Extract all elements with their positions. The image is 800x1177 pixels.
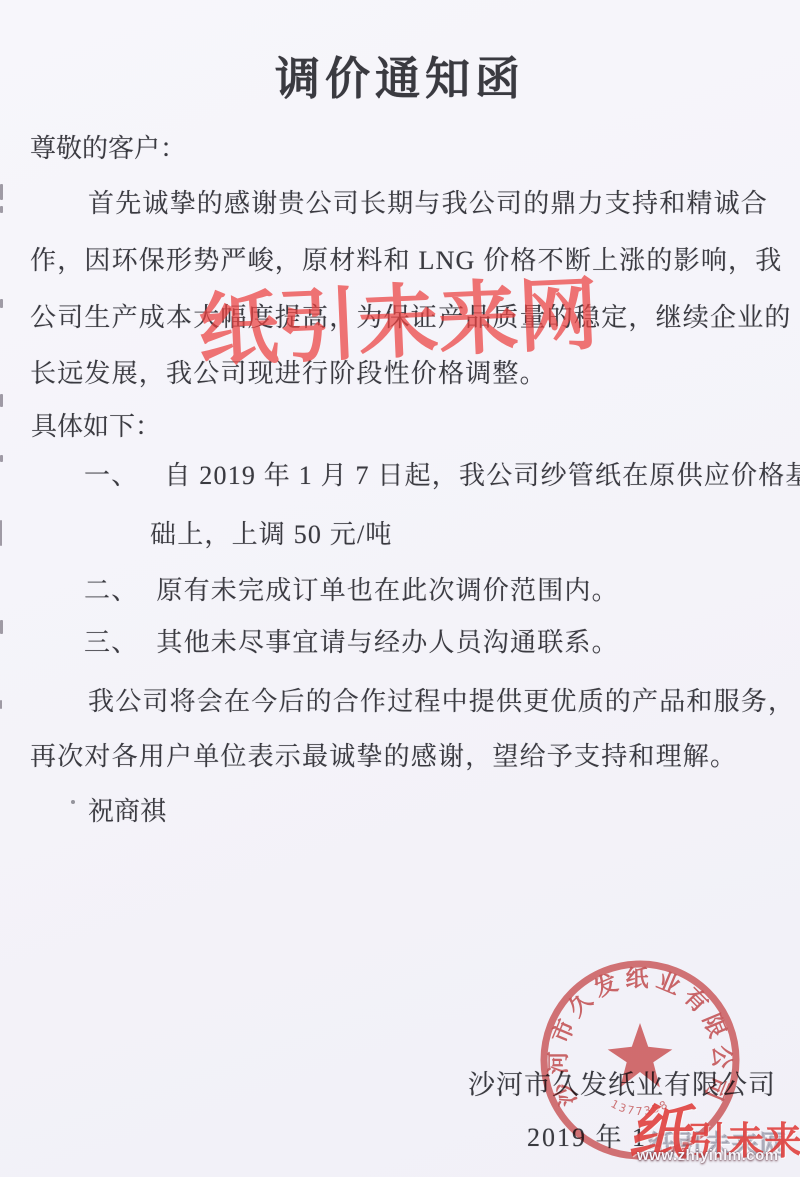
paragraph2-line1: 我公司将会在今后的合作过程中提供更优质的产品和服务， bbox=[88, 681, 795, 718]
letter-title: 调价通知函 bbox=[0, 42, 800, 107]
paragraph2-line2: 再次对各用户单位表示最诚挚的感谢，望给予支持和理解。 bbox=[30, 736, 737, 773]
list-item-1-marker: 一、 bbox=[84, 455, 138, 492]
list-item-3-marker: 三、 bbox=[84, 622, 138, 659]
salutation: 尊敬的客户： bbox=[30, 128, 186, 165]
paragraph1-line1: 首先诚挚的感谢贵公司长期与我公司的鼎力支持和精诚合 bbox=[88, 183, 768, 220]
list-item-3: 三、 其他未尽事宜请与经办人员沟通联系。 bbox=[84, 622, 619, 659]
scan-edge-artifact bbox=[0, 184, 3, 200]
scan-edge-artifact bbox=[0, 700, 2, 709]
site-watermark-center: 纸引未来网 bbox=[196, 249, 601, 381]
list-item-1-text: 自 2019 年 1 月 7 日起，我公司纱管纸在原供应价格基 bbox=[164, 455, 800, 492]
list-item-2: 二、 原有未完成订单也在此次调价范围内。 bbox=[84, 570, 619, 607]
scan-edge-artifact bbox=[0, 520, 2, 546]
scan-edge-artifact bbox=[0, 620, 3, 634]
scan-edge-artifact bbox=[0, 299, 3, 308]
site-watermark-url: www.zhiyinlm.com bbox=[637, 1147, 779, 1164]
list-item-2-text: 原有未完成订单也在此次调价范围内。 bbox=[156, 570, 618, 607]
scanned-letter-page: 调价通知函 尊敬的客户： 首先诚挚的感谢贵公司长期与我公司的鼎力支持和精诚合 作… bbox=[0, 0, 800, 1177]
scan-edge-artifact bbox=[0, 394, 3, 407]
details-heading: 具体如下： bbox=[31, 406, 161, 443]
regards-line: 祝商祺 bbox=[88, 791, 166, 828]
list-item-2-marker: 二、 bbox=[84, 570, 138, 607]
list-item-1-continuation: 础上，上调 50 元/吨 bbox=[150, 514, 393, 551]
ink-speck bbox=[71, 800, 75, 804]
seal-star-icon bbox=[608, 1023, 673, 1088]
list-item-1: 一、 自 2019 年 1 月 7 日起，我公司纱管纸在原供应价格基 bbox=[84, 455, 800, 492]
scan-edge-artifact bbox=[0, 206, 3, 213]
scan-edge-artifact bbox=[0, 455, 3, 462]
list-item-3-text: 其他未尽事宜请与经办人员沟通联系。 bbox=[156, 622, 618, 659]
